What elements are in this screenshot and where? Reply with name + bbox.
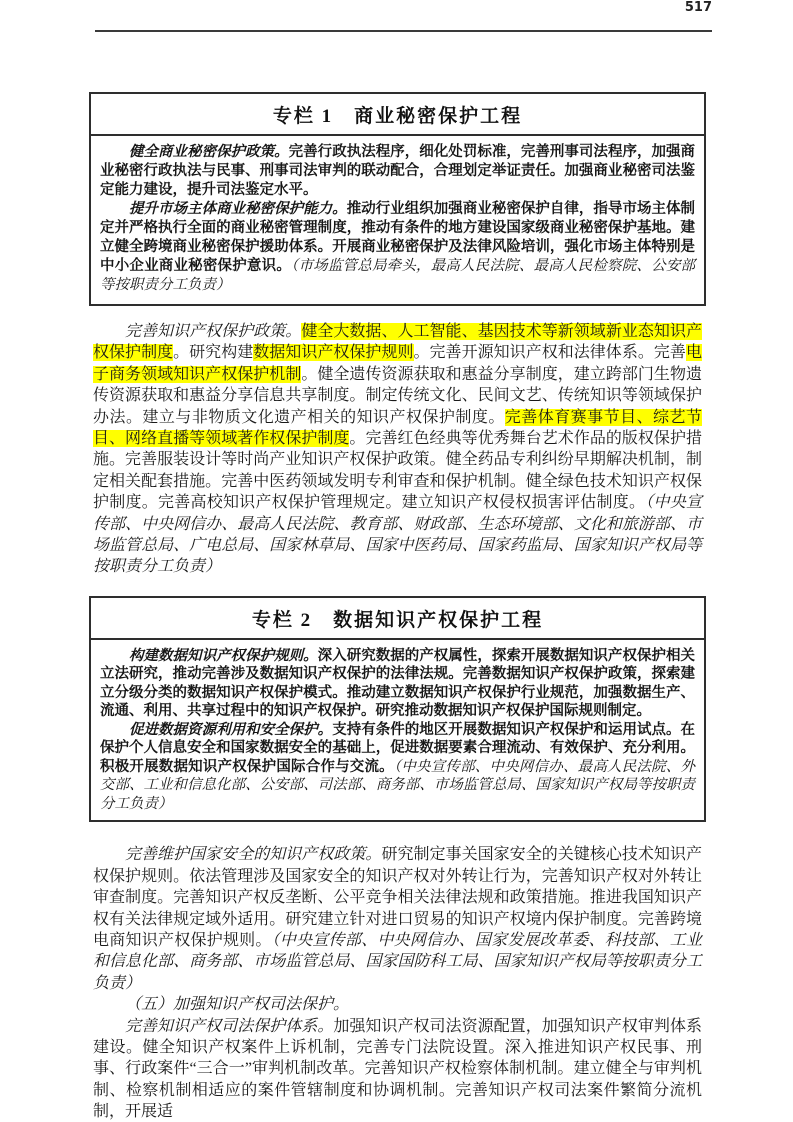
lead-sentence: 提升市场主体商业秘密保护能力。 (129, 201, 347, 217)
box2-body: 构建数据知识产权保护规则。深入研究数据的产权属性，探索开展数据知识产权保护相关立… (91, 640, 704, 821)
text-run: 。完善开源知识产权和法律体系。完善 (414, 344, 686, 361)
box2-paragraph-1: 构建数据知识产权保护规则。深入研究数据的产权属性，探索开展数据知识产权保护相关立… (100, 647, 695, 721)
text-run: 。研究构建 (173, 344, 253, 361)
highlighted-phrase: 数据知识产权保护规则 (253, 344, 413, 361)
lead-sentence: 健全商业秘密保护政策。 (129, 144, 289, 160)
column-box-data-ip: 专栏 2 数据知识产权保护工程 构建数据知识产权保护规则。深入研究数据的产权属性… (89, 596, 706, 823)
paragraph-judicial-protection-system: 完善知识产权司法保护体系。加强知识产权司法资源配置，加强知识产权审判体系建设。健… (93, 1016, 702, 1122)
header-rule (95, 30, 712, 32)
box2-title: 专栏 2 数据知识产权保护工程 (91, 598, 704, 640)
kai-emphasis-text: 完善知识产权保护政策。 (125, 323, 301, 340)
box1-paragraph-1: 健全商业秘密保护政策。完善行政执法程序，细化处罚标准，完善刑事司法程序，加强商业… (100, 143, 695, 200)
paragraph-ip-protection-policy: 完善知识产权保护政策。健全大数据、人工智能、基因技术等新领域新业态知识产权保护制… (93, 321, 702, 578)
page-number: 517 (685, 0, 712, 15)
lead-sentence: 构建数据知识产权保护规则。 (129, 648, 318, 664)
kai-emphasis-text: （五）加强知识产权司法保护。 (125, 996, 349, 1013)
box1-paragraph-2: 提升市场主体商业秘密保护能力。推动行业组织加强商业秘密保护自律，指导市场主体制定… (100, 200, 695, 295)
paragraph-section-heading-judicial: （五）加强知识产权司法保护。 (93, 994, 702, 1015)
kai-emphasis-text: 完善知识产权司法保护体系。 (125, 1018, 333, 1035)
box1-title: 专栏 1 商业秘密保护工程 (91, 94, 704, 136)
paragraph-national-security-policy: 完善维护国家安全的知识产权政策。研究制定事关国家安全的关键核心技术知识产权保护规… (93, 844, 702, 994)
box1-body: 健全商业秘密保护政策。完善行政执法程序，细化处罚标准，完善刑事司法程序，加强商业… (91, 136, 704, 304)
box2-paragraph-2: 促进数据资源利用和安全保护。支持有条件的地区开展数据知识产权保护和运用试点。在保… (100, 721, 695, 814)
lead-sentence: 促进数据资源利用和安全保护。 (129, 722, 332, 738)
column-box-trade-secret: 专栏 1 商业秘密保护工程 健全商业秘密保护政策。完善行政执法程序，细化处罚标准… (89, 92, 706, 306)
page-content: 专栏 1 商业秘密保护工程 健全商业秘密保护政策。完善行政执法程序，细化处罚标准… (89, 92, 706, 1122)
kai-emphasis-text: 完善维护国家安全的知识产权政策。 (125, 846, 381, 863)
